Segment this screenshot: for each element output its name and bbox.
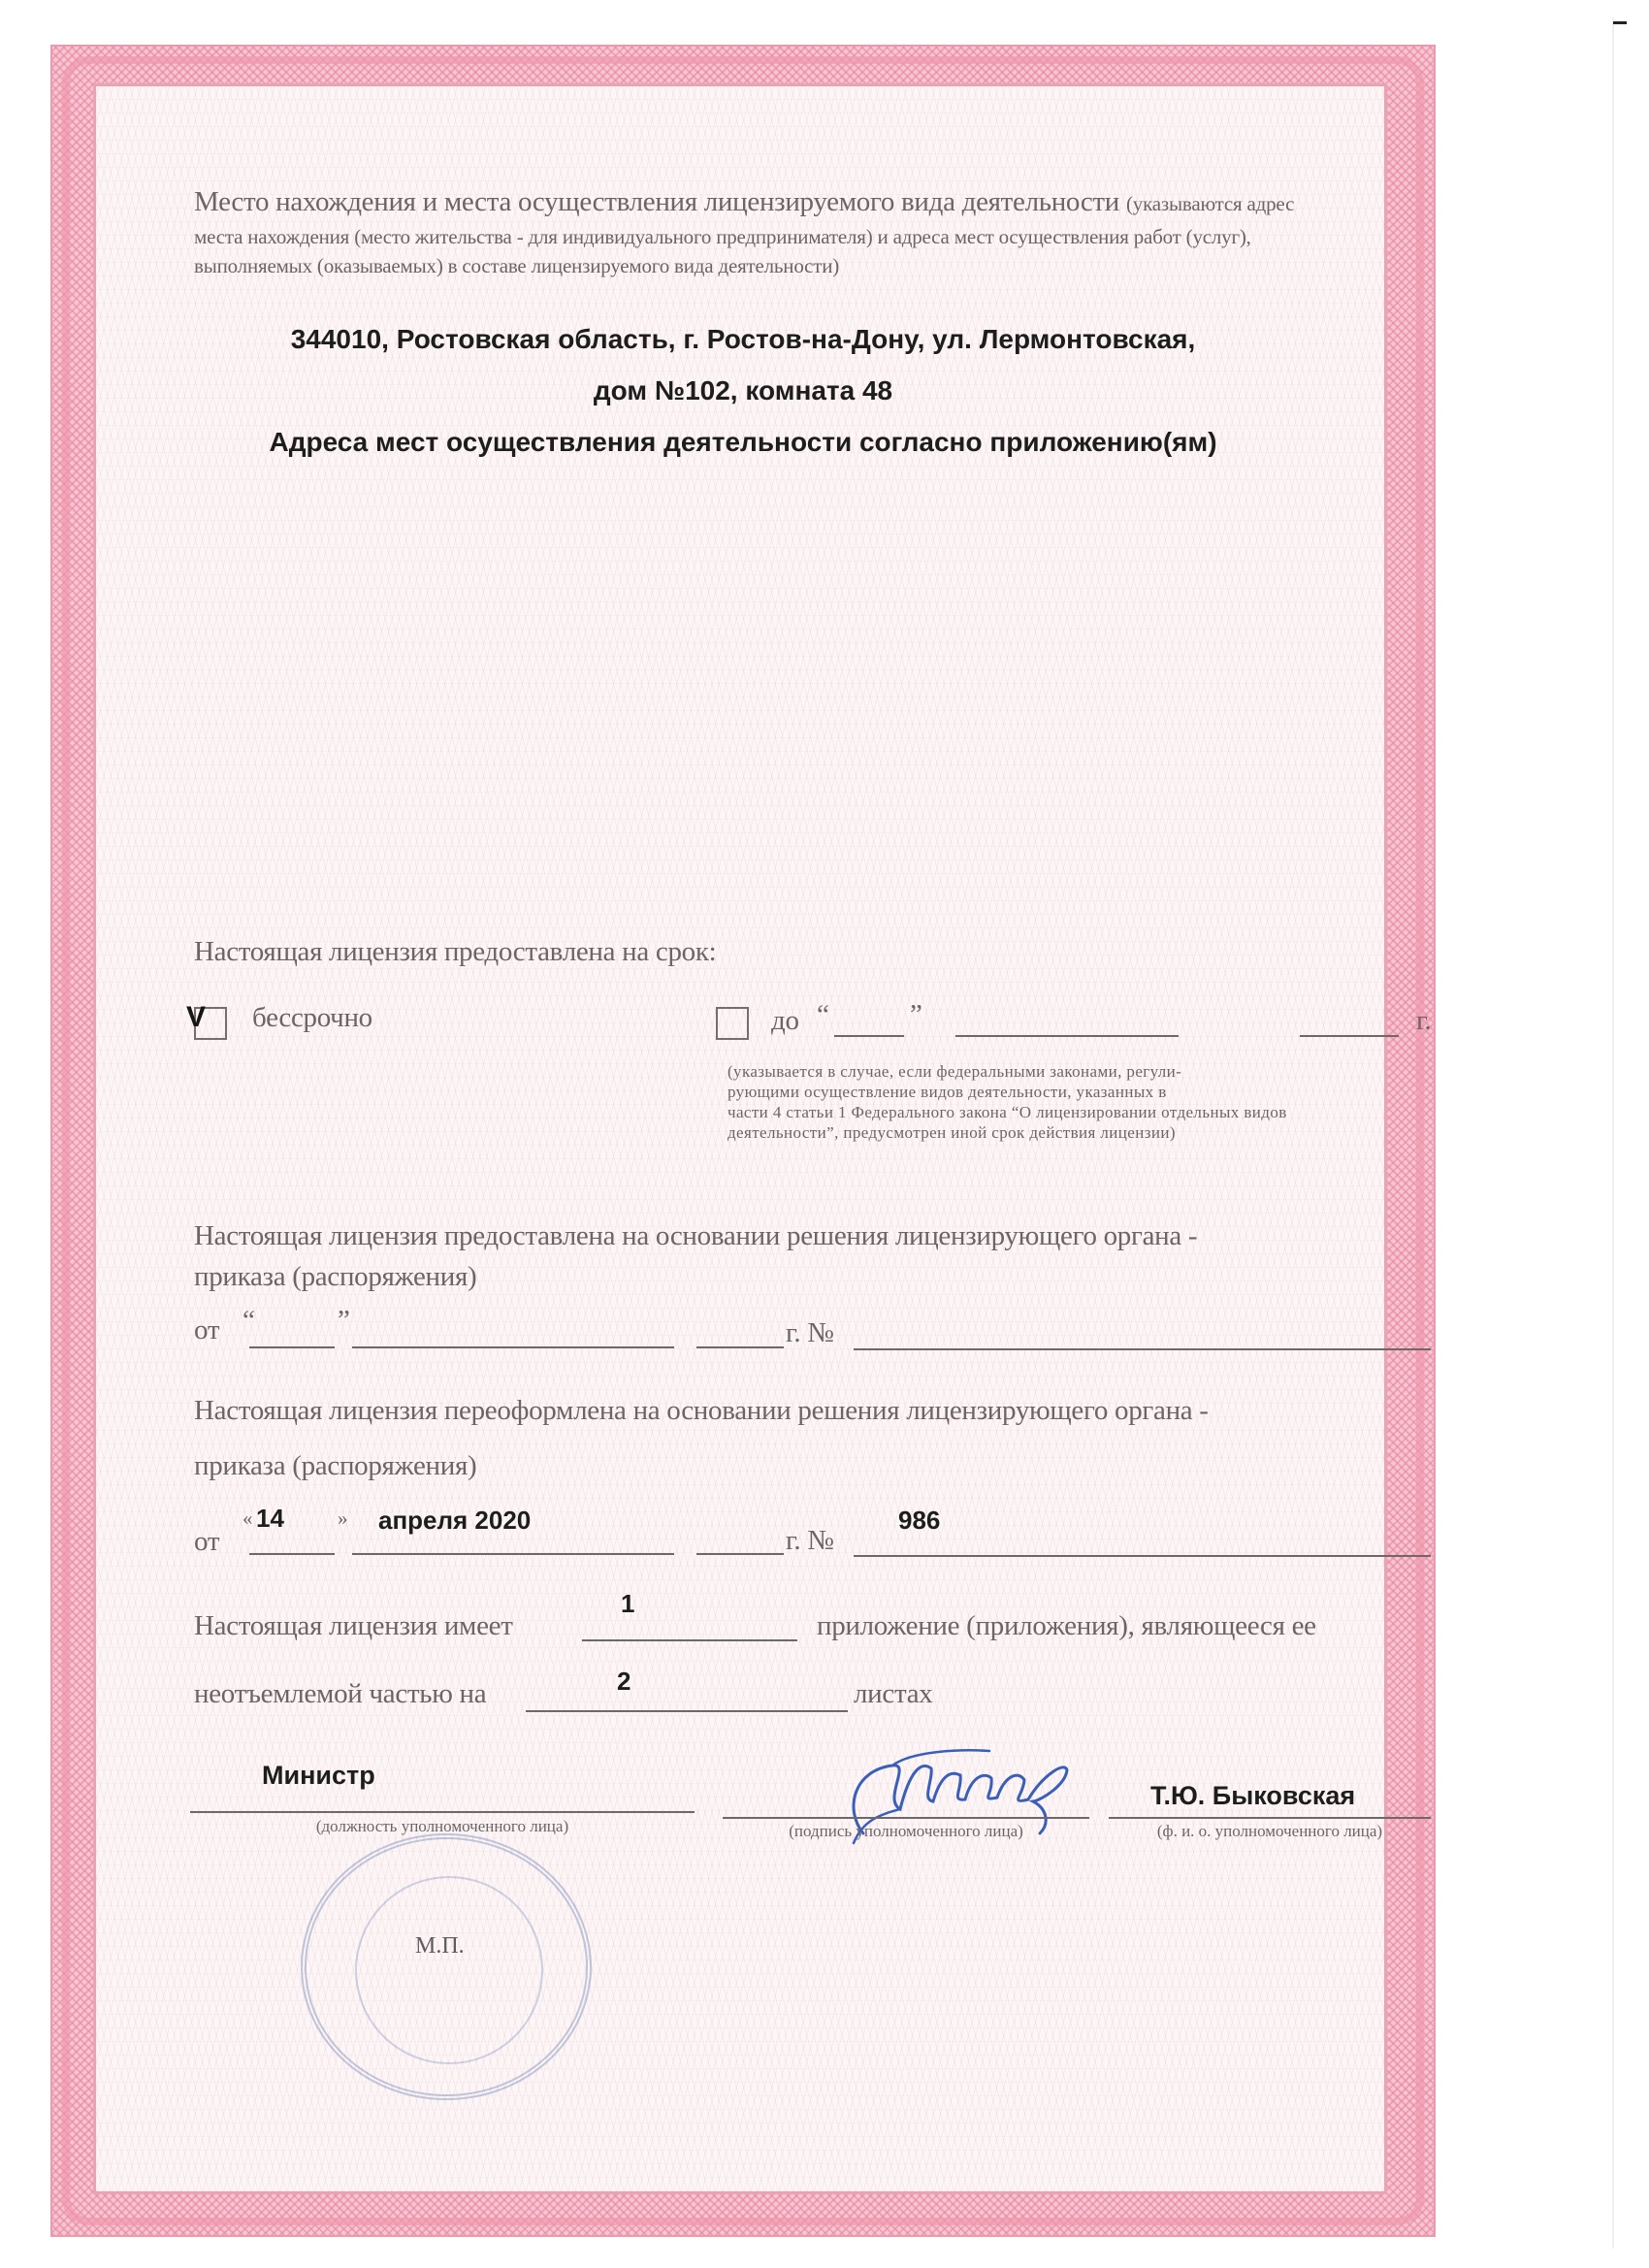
appendix-line-1-suffix: приложение (приложения), являющееся ее [817,1610,1316,1642]
until-month-field[interactable] [955,1035,1179,1037]
appendix-line-2-suffix: листах [854,1678,932,1710]
name-field[interactable] [1109,1817,1431,1819]
appendix-count-value: 1 [621,1589,634,1619]
reissued-day-value: 14 [256,1504,284,1534]
appendix-sheets-value: 2 [617,1667,630,1697]
location-hint: (указываются адрес [1126,192,1294,215]
reissued-line-1: Настоящая лицензия переоформлена на осно… [194,1395,1209,1427]
reissued-number-value: 986 [898,1506,940,1536]
signature-caption: (подпись уполномоченного лица) [723,1822,1089,1841]
location-hint-line-3: выполняемых (оказываемых) в составе лице… [194,254,839,278]
granted-day-field[interactable] [249,1346,335,1348]
reissued-year-field[interactable] [696,1553,784,1555]
scan-mark [1613,21,1627,24]
until-close-quote: ” [910,999,922,1031]
term-note-line-4: деятельности”, предусмотрен иной срок де… [727,1123,1176,1143]
until-year-field[interactable] [1300,1035,1399,1037]
location-hint-line-2: места нахождения (место жительства - для… [194,225,1251,249]
granted-open-quote: “ [242,1305,255,1337]
reissued-month-field[interactable] [352,1553,674,1555]
stamp-label: М.П. [415,1933,465,1960]
granted-number-field[interactable] [854,1348,1431,1350]
address-line-1: 344010, Ростовская область, г. Ростов-на… [0,324,1486,355]
appendix-line-2-prefix: неотъемлемой частью на [194,1678,486,1710]
signature-field[interactable] [723,1817,1089,1819]
address-line-2: дом №102, комната 48 [0,375,1486,406]
granted-from-label: от [194,1314,219,1346]
location-heading-text: Место нахождения и места осуществления л… [194,186,1119,217]
label-indefinite: бессрочно [252,1002,372,1034]
location-heading: Место нахождения и места осуществления л… [194,186,1294,218]
check-mark-icon: V [186,1001,206,1034]
until-open-quote: “ [817,999,829,1031]
granted-year-field[interactable] [696,1346,784,1348]
position-field[interactable] [190,1811,695,1813]
appendix-count-field[interactable] [582,1639,797,1641]
reissued-day-field[interactable] [249,1553,335,1555]
reissued-year-number-label: г. № [786,1525,834,1557]
granted-year-number-label: г. № [786,1317,834,1349]
reissued-from-label: от [194,1526,219,1558]
address-line-3: Адреса мест осуществления деятельности с… [0,427,1486,458]
appendix-line-1-prefix: Настоящая лицензия имеет [194,1610,513,1642]
appendix-sheets-field[interactable] [526,1710,848,1712]
reissued-number-field[interactable] [854,1555,1431,1557]
reissued-month-year-value: апреля 2020 [378,1506,531,1536]
stamp-inner-ring [355,1876,543,2064]
granted-line-1: Настоящая лицензия предоставлена на осно… [194,1220,1197,1252]
until-day-field[interactable] [834,1035,904,1037]
official-stamp-icon [301,1833,592,2100]
position-value: Министр [262,1761,375,1791]
until-year-suffix: г. [1416,1005,1431,1037]
reissued-close-quote: » [338,1507,347,1531]
name-caption: (ф. и. о. уполномоченного лица) [1109,1822,1431,1841]
granted-close-quote: ” [338,1305,350,1337]
term-heading: Настоящая лицензия предоставлена на срок… [194,936,716,968]
label-until: до [771,1005,799,1037]
checkbox-until[interactable] [716,1007,749,1040]
reissued-line-2: приказа (распоряжения) [194,1450,476,1482]
name-value: Т.Ю. Быковская [1150,1781,1355,1811]
term-note-line-2: рующими осуществление видов деятельности… [727,1083,1167,1102]
granted-month-field[interactable] [352,1346,674,1348]
term-note-line-1: (указывается в случае, если федеральными… [727,1062,1430,1082]
granted-line-2: приказа (распоряжения) [194,1261,476,1293]
scan-edge [1612,17,1614,2249]
reissued-open-quote: « [242,1507,252,1531]
term-note-line-3: части 4 статьи 1 Федерального закона “О … [727,1103,1287,1122]
